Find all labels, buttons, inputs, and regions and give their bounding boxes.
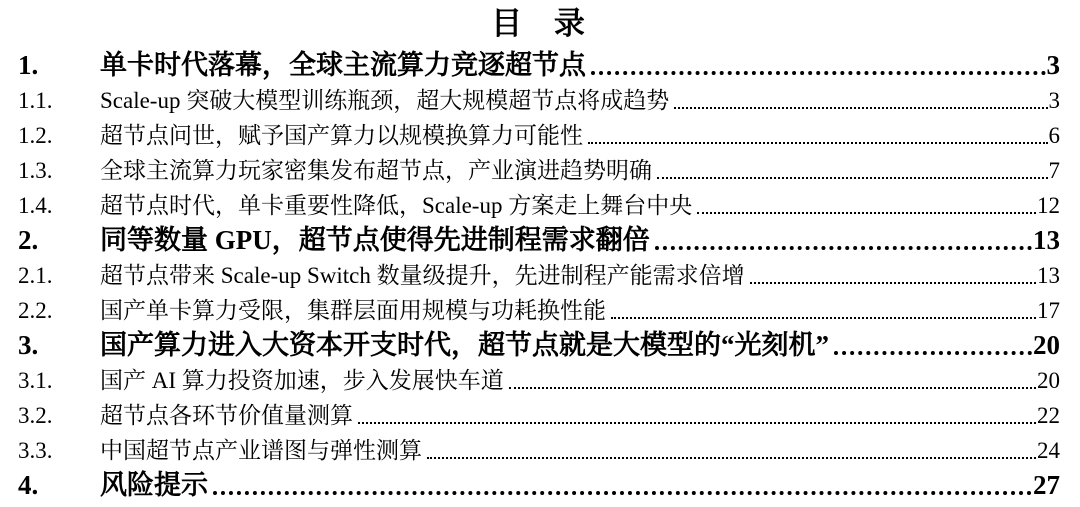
toc-entry-number: 1.4. xyxy=(18,188,100,223)
toc-entry-label: 同等数量 GPU，超节点使得先进制程需求翻倍 xyxy=(100,223,650,258)
toc-entry[interactable]: 1. 单卡时代落幕，全球主流算力竞逐超节点 3 xyxy=(18,48,1060,83)
toc-entry-label: Scale-up 突破大模型训练瓶颈，超大规模超节点将成趋势 xyxy=(100,83,669,118)
dot-leader xyxy=(504,363,1037,398)
dot-leader xyxy=(422,433,1037,468)
toc-entry-page: 20 xyxy=(1033,328,1060,363)
toc-entry[interactable]: 1.3. 全球主流算力玩家密集发布超节点，产业演进趋势明确 7 xyxy=(18,153,1060,188)
toc-entry[interactable]: 3. 国产算力进入大资本开支时代，超节点就是大模型的“光刻机” 20 xyxy=(18,328,1060,363)
toc-entry-number: 2.1. xyxy=(18,258,100,293)
toc-entry-number: 1.1. xyxy=(18,83,100,118)
toc-entry[interactable]: 3.3. 中国超节点产业谱图与弹性测算 24 xyxy=(18,433,1060,468)
toc-entry[interactable]: 1.2. 超节点问世，赋予国产算力以规模换算力可能性 6 xyxy=(18,118,1060,153)
toc-entry-page: 17 xyxy=(1037,293,1060,328)
toc-entry-page: 7 xyxy=(1049,153,1061,188)
page-title: 目 录 xyxy=(18,2,1060,48)
toc-entry-page: 3 xyxy=(1047,48,1061,83)
dot-leader xyxy=(669,83,1048,118)
toc-entry-label: 超节点各环节价值量测算 xyxy=(100,398,353,433)
toc-entry[interactable]: 1.1. Scale-up 突破大模型训练瓶颈，超大规模超节点将成趋势 3 xyxy=(18,83,1060,118)
toc-entry-number: 1.3. xyxy=(18,153,100,188)
toc-entry-label: 单卡时代落幕，全球主流算力竞逐超节点 xyxy=(100,48,586,83)
toc-entry-number: 3.1. xyxy=(18,363,100,398)
dot-leader xyxy=(692,188,1037,223)
toc-entry[interactable]: 2.1. 超节点带来 Scale-up Switch 数量级提升，先进制程产能需… xyxy=(18,258,1060,293)
toc-page: 目 录 1. 单卡时代落幕，全球主流算力竞逐超节点 3 1.1. Scale-u… xyxy=(0,0,1080,507)
toc-entry[interactable]: 4. 风险提示 27 xyxy=(18,468,1060,503)
toc-entry-number: 4. xyxy=(18,468,100,503)
dot-leader xyxy=(606,293,1037,328)
toc-entry-page: 20 xyxy=(1037,363,1060,398)
toc-entry[interactable]: 3.1. 国产 AI 算力投资加速，步入发展快车道 20 xyxy=(18,363,1060,398)
toc-entry[interactable]: 1.4. 超节点时代，单卡重要性降低，Scale-up 方案走上舞台中央 12 xyxy=(18,188,1060,223)
toc-entry-number: 2.2. xyxy=(18,293,100,328)
toc-entry-number: 3.2. xyxy=(18,398,100,433)
toc-entry[interactable]: 3.2. 超节点各环节价值量测算 22 xyxy=(18,398,1060,433)
toc-entry-number: 3. xyxy=(18,328,100,363)
dot-leader xyxy=(583,118,1049,153)
dot-leader xyxy=(208,468,1033,503)
toc-entry-label: 全球主流算力玩家密集发布超节点，产业演进趋势明确 xyxy=(100,153,652,188)
toc-entry-label: 国产算力进入大资本开支时代，超节点就是大模型的“光刻机” xyxy=(100,328,829,363)
dot-leader xyxy=(652,153,1049,188)
toc-entry[interactable]: 2. 同等数量 GPU，超节点使得先进制程需求翻倍 13 xyxy=(18,223,1060,258)
toc-entry-label: 中国超节点产业谱图与弹性测算 xyxy=(100,433,422,468)
toc-entry-label: 超节点问世，赋予国产算力以规模换算力可能性 xyxy=(100,118,583,153)
toc-entry[interactable]: 2.2. 国产单卡算力受限，集群层面用规模与功耗换性能 17 xyxy=(18,293,1060,328)
toc-entry-label: 风险提示 xyxy=(100,468,208,503)
toc-entry-label: 国产 AI 算力投资加速，步入发展快车道 xyxy=(100,363,504,398)
dot-leader xyxy=(353,398,1037,433)
toc-entry-page: 13 xyxy=(1037,258,1060,293)
dot-leader xyxy=(586,48,1047,83)
toc-entry-number: 3.3. xyxy=(18,433,100,468)
toc-entry-page: 6 xyxy=(1049,118,1061,153)
toc-entry-number: 1. xyxy=(18,48,100,83)
toc-entry-page: 13 xyxy=(1033,223,1060,258)
toc-entry-label: 超节点带来 Scale-up Switch 数量级提升，先进制程产能需求倍增 xyxy=(100,258,745,293)
dot-leader xyxy=(829,328,1033,363)
table-of-contents: 1. 单卡时代落幕，全球主流算力竞逐超节点 3 1.1. Scale-up 突破… xyxy=(18,48,1060,503)
toc-entry-number: 2. xyxy=(18,223,100,258)
toc-entry-page: 12 xyxy=(1037,188,1060,223)
toc-entry-label: 国产单卡算力受限，集群层面用规模与功耗换性能 xyxy=(100,293,606,328)
toc-entry-page: 27 xyxy=(1033,468,1060,503)
toc-entry-label: 超节点时代，单卡重要性降低，Scale-up 方案走上舞台中央 xyxy=(100,188,692,223)
toc-entry-page: 3 xyxy=(1049,83,1061,118)
toc-entry-page: 22 xyxy=(1037,398,1060,433)
toc-entry-number: 1.2. xyxy=(18,118,100,153)
dot-leader xyxy=(650,223,1033,258)
dot-leader xyxy=(745,258,1037,293)
toc-entry-page: 24 xyxy=(1037,433,1060,468)
